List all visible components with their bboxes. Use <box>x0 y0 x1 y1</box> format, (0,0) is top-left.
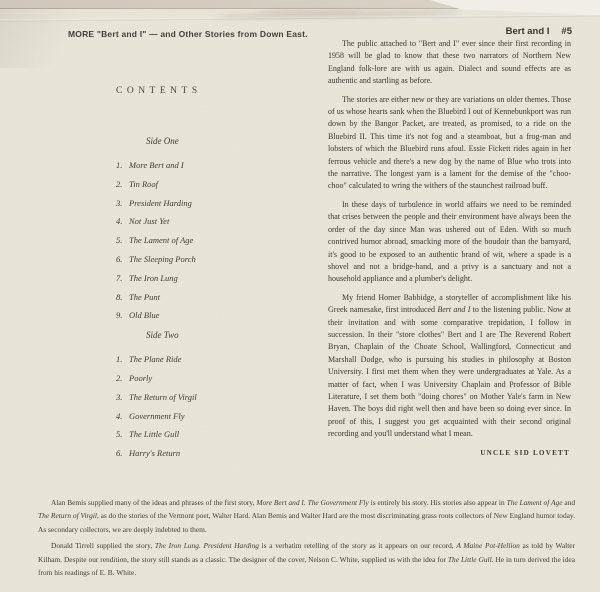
body-text: to the listening public. Now at their in… <box>328 305 571 438</box>
footnote-paragraph: Alan Bemis supplied many of the ideas an… <box>38 496 575 536</box>
side-title: Side One <box>146 136 316 146</box>
track-item: 1.More Bert and I <box>116 156 316 175</box>
italic-title-text: A Maine Pot-Hellion <box>456 541 520 550</box>
track-number: 1. <box>116 350 129 369</box>
liner-notes: The public attached to "Bert and I" ever… <box>328 38 571 459</box>
body-text: , as do the stories of the Vermont poet,… <box>38 511 575 533</box>
track-title: Not Just Yet <box>129 216 169 226</box>
track-item: 3.President Harding <box>116 194 316 213</box>
side-block: Side Two1.The Plane Ride2.Poorly3.The Re… <box>116 330 316 463</box>
paragraph: My friend Homer Babbidge, a storyteller … <box>328 292 571 441</box>
track-number: 9. <box>116 306 129 325</box>
track-title: Government Fly <box>129 411 184 421</box>
track-title: The Iron Lung <box>129 273 178 283</box>
catalog-number: #5 <box>561 26 572 37</box>
track-title: The Plane Ride <box>129 354 181 364</box>
track-item: 6.Harry's Return <box>116 444 316 463</box>
footnote-paragraph: Donald Tirrell supplied the story, The I… <box>38 539 575 579</box>
series-header: Bert and I #5 <box>506 26 572 37</box>
track-number: 7. <box>116 269 129 288</box>
track-number: 5. <box>116 425 129 444</box>
italic-title-text: The Iron Lung. President Harding <box>155 541 259 550</box>
body-text: Donald Tirrell supplied the story, <box>51 541 155 550</box>
track-item: 5.The Little Gull <box>116 425 316 444</box>
track-item: 9.Old Blue <box>116 306 316 325</box>
track-title: The Lament of Age <box>129 235 193 245</box>
track-number: 4. <box>116 407 129 426</box>
track-title: The Return of Virgil <box>129 392 197 402</box>
body-text: and <box>562 498 575 507</box>
signature: UNCLE SID LOVETT <box>328 447 571 459</box>
track-item: 2.Tin Roof <box>116 175 316 194</box>
contents-heading: CONTENTS <box>116 86 316 96</box>
track-item: 6.The Sleeping Porch <box>116 250 316 269</box>
body-text: The stories are either new or they are v… <box>328 95 571 191</box>
italic-title-text: Bert and I <box>437 305 470 314</box>
italic-title-text: The Little Gull <box>448 555 492 564</box>
track-title: Tin Roof <box>129 179 158 189</box>
track-number: 8. <box>116 288 129 307</box>
track-title: President Harding <box>129 198 192 208</box>
body-text: In these days of turbulence in world aff… <box>328 200 571 283</box>
track-item: 1.The Plane Ride <box>116 350 316 369</box>
track-number: 3. <box>116 388 129 407</box>
album-back-cover: MORE "Bert and I" — and Other Stories fr… <box>0 0 600 592</box>
track-number: 2. <box>116 175 129 194</box>
side-block: Side One1.More Bert and I2.Tin Roof3.Pre… <box>116 136 316 325</box>
track-item: 4.Government Fly <box>116 407 316 426</box>
track-number: 2. <box>116 369 129 388</box>
italic-title-text: The Return of Virgil <box>38 511 97 520</box>
track-number: 1. <box>116 156 129 175</box>
track-item: 2.Poorly <box>116 369 316 388</box>
track-number: 4. <box>116 212 129 231</box>
track-item: 5.The Lament of Age <box>116 231 316 250</box>
track-title: Harry's Return <box>129 448 180 458</box>
paragraph: In these days of turbulence in world aff… <box>328 199 571 286</box>
track-item: 8.The Punt <box>116 288 316 307</box>
body-text: is entirely his story. His stories also … <box>369 498 507 507</box>
contents-sides: Side One1.More Bert and I2.Tin Roof3.Pre… <box>116 136 316 463</box>
body-text: is a verbatim retelling of the story as … <box>259 541 456 550</box>
track-number: 3. <box>116 194 129 213</box>
track-title: Old Blue <box>129 310 159 320</box>
italic-title-text: The Lament of Age <box>507 498 563 507</box>
track-item: 7.The Iron Lung <box>116 269 316 288</box>
track-number: 6. <box>116 250 129 269</box>
track-title: Poorly <box>129 373 152 383</box>
track-title: More Bert and I <box>129 160 184 170</box>
footnotes: Alan Bemis supplied many of the ideas an… <box>38 496 575 582</box>
body-text: The public attached to "Bert and I" ever… <box>328 39 571 85</box>
track-title: The Little Gull <box>129 429 179 439</box>
series-title: Bert and I <box>506 26 550 37</box>
album-subtitle: MORE "Bert and I" — and Other Stories fr… <box>68 29 308 39</box>
track-item: 3.The Return of Virgil <box>116 388 316 407</box>
body-text: Alan Bemis supplied many of the ideas an… <box>51 498 256 507</box>
track-number: 5. <box>116 231 129 250</box>
smudge-mark <box>255 9 365 14</box>
track-title: The Sleeping Porch <box>129 254 196 264</box>
paragraph: The stories are either new or they are v… <box>328 94 571 193</box>
track-number: 6. <box>116 444 129 463</box>
track-item: 4.Not Just Yet <box>116 212 316 231</box>
italic-title-text: More Bert and I. The Government Fly <box>256 498 368 507</box>
track-title: The Punt <box>129 292 160 302</box>
contents-section: CONTENTS Side One1.More Bert and I2.Tin … <box>116 86 316 463</box>
paragraph: The public attached to "Bert and I" ever… <box>328 38 571 88</box>
side-title: Side Two <box>146 330 316 340</box>
